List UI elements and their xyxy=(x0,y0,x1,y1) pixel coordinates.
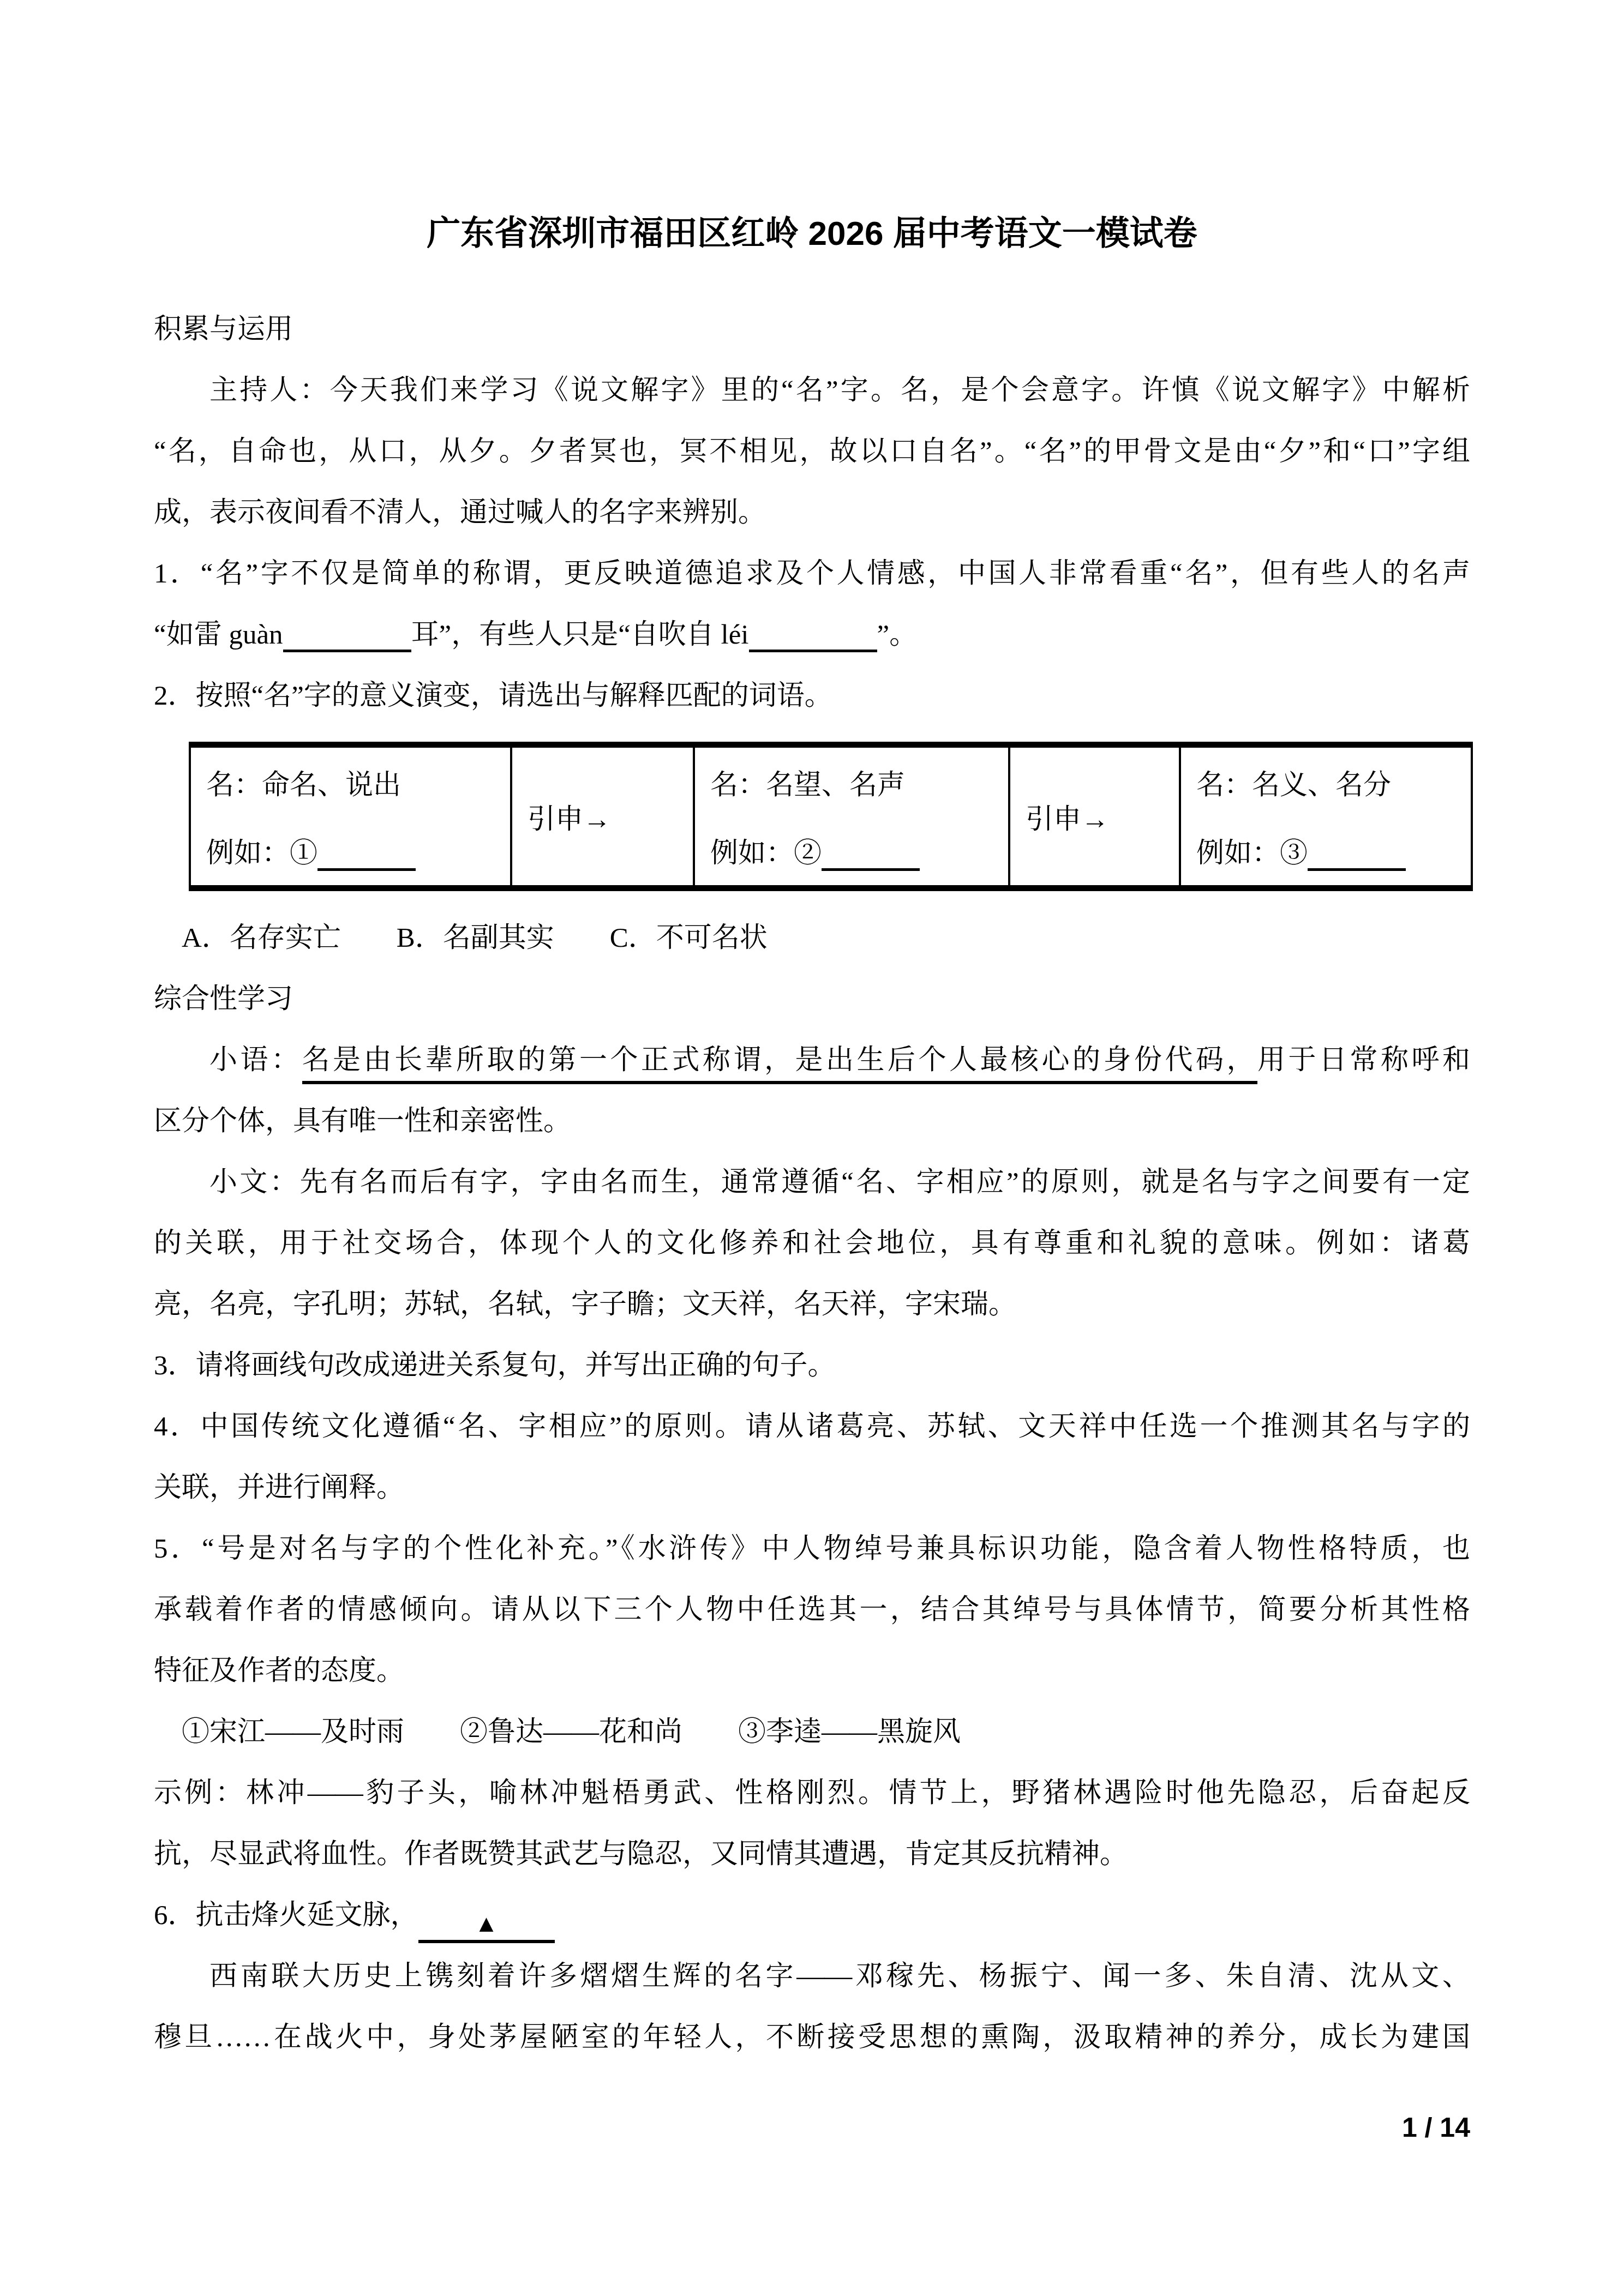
q1-text-after-blank-2: ”。 xyxy=(877,620,918,650)
host-paragraph-line-3: 成，表示夜间看不清人，通过喊人的名字来辨别。 xyxy=(154,482,1470,543)
meaning-3-example: 例如：③ xyxy=(1196,830,1455,871)
xiaoyu-line-1: 小语：名是由长辈所取的第一个正式称谓，是出生后个人最核心的身份代码，用于日常称呼… xyxy=(154,1030,1470,1091)
q1-text-before-blank-1: “如雷 guàn xyxy=(154,620,283,650)
example-answer-line-2: 抗，尽显武将血性。作者既赞其武艺与隐忍，又同情其遭遇，肯定其反抗精神。 xyxy=(154,1824,1470,1885)
extends-arrow-label-2: 引申→ xyxy=(1026,804,1109,835)
meaning-3-definition: 名：名义、名分 xyxy=(1196,762,1455,802)
page-number: 1 / 14 xyxy=(1402,2112,1470,2143)
question-5-line-1: 5．“号是对名与字的个性化补充。”《水浒传》中人物绰号兼具标识功能，隐含着人物性… xyxy=(154,1518,1470,1579)
question-2-options: A．名存实亡 B．名副其实 C．不可名状 xyxy=(154,907,1470,969)
section-heading-comprehensive: 综合性学习 xyxy=(154,969,1470,1030)
meaning-1-example-label: 例如：① xyxy=(206,838,317,869)
question-5-character-choices: ①宋江——及时雨 ②鲁达——花和尚 ③李逵——黑旋风 xyxy=(154,1702,1470,1763)
answer-blank-example-2 xyxy=(822,868,920,871)
question-4-line-2: 关联，并进行阐释。 xyxy=(154,1457,1470,1518)
table-row: 名：命名、说出 例如：① 引申→ 名：名望、名声 例如：② 引申→ 名：名义、名… xyxy=(190,745,1472,888)
meaning-3-example-label: 例如：③ xyxy=(1196,838,1308,869)
xiaowen-line-3: 亮，名亮，字孔明；苏轼，名轼，字子瞻；文天祥，名天祥，字宋瑞。 xyxy=(154,1274,1470,1335)
question-1-line-2: “如雷 guàn耳”，有些人只是“自吹自 léi”。 xyxy=(154,604,1470,665)
question-4-line-1: 4．中国传统文化遵循“名、字相应”的原则。请从诸葛亮、苏轼、文天祥中任选一个推测… xyxy=(154,1396,1470,1457)
q1-text-between-blanks: 耳”，有些人只是“自吹自 léi xyxy=(411,620,749,650)
document-page: 广东省深圳市福田区红岭 2026 届中考语文一模试卷 积累与运用 主持人：今天我… xyxy=(0,0,1624,2296)
xiaoyu-line-2: 区分个体，具有唯一性和亲密性。 xyxy=(154,1091,1470,1152)
question-6-text: 6．抗击烽火延文脉， xyxy=(154,1900,418,1931)
triangle-mark: ▲ xyxy=(475,1910,499,1937)
question-5-line-2: 承载着作者的情感倾向。请从以下三个人物中任选其一，结合其绰号与具体情节，简要分析… xyxy=(154,1579,1470,1640)
extends-arrow-label-1: 引申→ xyxy=(528,804,611,835)
answer-blank-q6: ▲ xyxy=(418,1908,555,1943)
table-cell-arrow-1: 引申→ xyxy=(511,745,694,888)
example-answer-line-1: 示例：林冲——豹子头，喻林冲魁梧勇武、性格刚烈。情节上，野猪林遇险时他先隐忍，后… xyxy=(154,1763,1470,1824)
xinan-paragraph-line-1: 西南联大历史上镌刻着许多熠熠生辉的名字——邓稼先、杨振宁、闻一多、朱自清、沈从文… xyxy=(154,1946,1470,2007)
host-paragraph-line-1: 主持人：今天我们来学习《说文解字》里的“名”字。名，是个会意字。许慎《说文解字》… xyxy=(154,360,1470,421)
question-6-line: 6．抗击烽火延文脉，▲ xyxy=(154,1885,1470,1946)
xiaowen-line-1: 小文：先有名而后有字，字由名而生，通常遵循“名、字相应”的原则，就是名与字之间要… xyxy=(154,1152,1470,1213)
answer-blank-lei xyxy=(749,650,877,652)
underlined-sentence: 名是由长辈所取的第一个正式称谓，是出生后个人最核心的身份代码， xyxy=(302,1045,1257,1084)
question-3-prompt: 3．请将画线句改成递进关系复句，并写出正确的句子。 xyxy=(154,1335,1470,1396)
answer-blank-guan xyxy=(283,650,411,652)
section-heading-accumulation: 积累与运用 xyxy=(154,299,1470,360)
xiaowen-line-2: 的关联，用于社交场合，体现个人的文化修养和社会地位，具有尊重和礼貌的意味。例如：… xyxy=(154,1213,1470,1274)
meaning-2-example-label: 例如：② xyxy=(710,838,822,869)
page-title: 广东省深圳市福田区红岭 2026 届中考语文一模试卷 xyxy=(154,214,1470,254)
meaning-evolution-table: 名：命名、说出 例如：① 引申→ 名：名望、名声 例如：② 引申→ 名：名义、名… xyxy=(189,742,1473,891)
xinan-paragraph-line-2: 穆旦……在战火中，身处茅屋陋室的年轻人，不断接受思想的熏陶，汲取精神的养分，成长… xyxy=(154,2007,1470,2068)
table-cell-meaning-1: 名：命名、说出 例如：① xyxy=(190,745,511,888)
question-5-line-3: 特征及作者的态度。 xyxy=(154,1640,1470,1702)
table-cell-arrow-2: 引申→ xyxy=(1009,745,1180,888)
xiaoyu-line-1-tail: 用于日常称呼和 xyxy=(1257,1045,1470,1075)
table-cell-meaning-2: 名：名望、名声 例如：② xyxy=(694,745,1009,888)
host-paragraph-line-2: “名，自命也，从口，从夕。夕者冥也，冥不相见，故以口自名”。“名”的甲骨文是由“… xyxy=(154,421,1470,482)
xiaoyu-speaker-label: 小语： xyxy=(209,1045,302,1075)
meaning-2-example: 例如：② xyxy=(710,830,993,871)
meaning-1-example: 例如：① xyxy=(206,830,495,871)
question-2-prompt: 2．按照“名”字的意义演变，请选出与解释匹配的词语。 xyxy=(154,665,1470,726)
question-1-line-1: 1．“名”字不仅是简单的称谓，更反映道德追求及个人情感，中国人非常看重“名”，但… xyxy=(154,543,1470,604)
meaning-2-definition: 名：名望、名声 xyxy=(710,762,993,802)
table-cell-meaning-3: 名：名义、名分 例如：③ xyxy=(1180,745,1472,888)
answer-blank-example-1 xyxy=(317,868,416,871)
answer-blank-example-3 xyxy=(1308,868,1406,871)
meaning-1-definition: 名：命名、说出 xyxy=(206,762,495,802)
